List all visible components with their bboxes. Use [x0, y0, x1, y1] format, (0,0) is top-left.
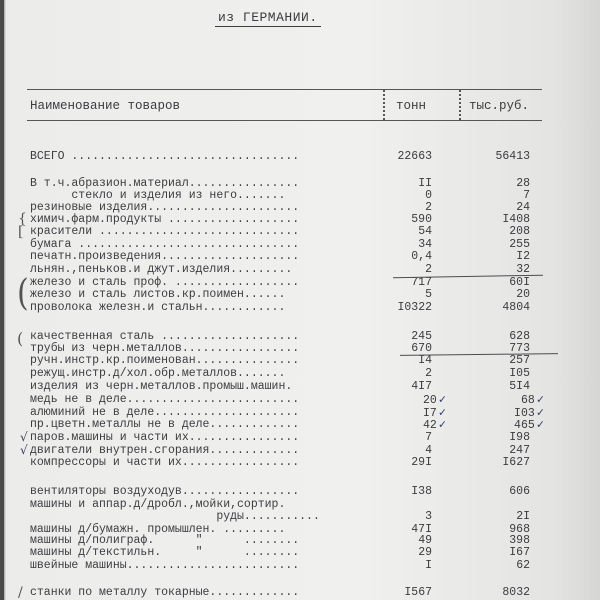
- pencil-bracket: /: [18, 585, 23, 600]
- table-row: руды........... 3 2I: [0, 511, 600, 523]
- goods-name: руды...........: [30, 511, 320, 523]
- column-header-tons: тонн: [396, 99, 426, 113]
- table-row: железо и сталь листов.кр.поимен...... 5 …: [0, 289, 600, 301]
- pencil-check-icon: ✓: [439, 418, 446, 432]
- rub-value: 8032: [502, 587, 530, 599]
- table-row: проволока железн.и стальн............ I0…: [0, 302, 600, 314]
- tons-value: 54: [418, 226, 432, 238]
- pencil-check-icon: √: [20, 430, 28, 444]
- pencil-bracket: (: [17, 329, 23, 348]
- tons-value: 5: [425, 289, 432, 301]
- goods-name: медь не в деле.........................: [30, 394, 299, 406]
- goods-name: режущ.инстр.д/хол.обр.металлов.......: [30, 368, 285, 380]
- goods-name: льнян.,пеньков.и джут.изделия.........: [30, 264, 292, 276]
- goods-name: пр.цветн.металлы не в деле.............: [30, 419, 299, 431]
- document-page: из ГЕРМАНИИ. Наименование товаров тонн т…: [0, 0, 600, 600]
- rub-value: 606: [509, 486, 530, 498]
- tons-value: 0,4: [411, 251, 432, 263]
- header-top-rule: [27, 89, 542, 90]
- table-row: машины д/текстильн. " ........ 29 I67: [0, 547, 600, 559]
- table-row: медь не в деле......................... …: [0, 394, 600, 406]
- table-row: печатн.произведения.................... …: [0, 251, 600, 263]
- column-separator: [459, 90, 461, 120]
- tons-value: 3: [425, 511, 432, 523]
- tons-value: I38: [411, 486, 432, 498]
- rub-value: I627: [502, 457, 530, 469]
- rub-value: 20: [516, 289, 530, 301]
- rub-value: 56413: [495, 151, 530, 163]
- table-row: ВСЕГО ................................. …: [0, 151, 600, 163]
- table-row: изделия из черн.металлов.промыш.машин. 4…: [0, 381, 600, 393]
- table-row: пр.цветн.металлы не в деле............. …: [0, 419, 600, 431]
- pencil-bracket: (: [17, 273, 29, 315]
- goods-name: изделия из черн.металлов.промыш.машин.: [30, 381, 292, 393]
- table-row: станки по металлу токарные............. …: [0, 587, 600, 599]
- table-row: компрессоры и части их................. …: [0, 457, 600, 469]
- tons-value: I0322: [397, 302, 432, 314]
- tons-value: 2: [425, 368, 432, 380]
- tons-value: I4: [418, 355, 432, 367]
- goods-name: железо и сталь листов.кр.поимен......: [30, 289, 285, 301]
- tons-value: 2: [425, 264, 432, 276]
- table-row: швейные машины......................... …: [0, 560, 600, 572]
- rub-value: I2: [516, 251, 530, 263]
- goods-name: печатн.произведения....................: [30, 251, 299, 263]
- goods-name: проволока железн.и стальн............: [30, 302, 285, 314]
- goods-name: вентиляторы воздуходув.................: [30, 486, 299, 498]
- tons-value: I567: [404, 587, 432, 599]
- table-row: режущ.инстр.д/хол.обр.металлов....... 2 …: [0, 368, 600, 380]
- table-row: красители ............................. …: [0, 226, 600, 238]
- table-row: паров.машины и части их................ …: [0, 432, 600, 444]
- tons-value: 7: [425, 432, 432, 444]
- goods-name: паров.машины и части их................: [30, 432, 299, 444]
- goods-name: швейные машины.........................: [30, 560, 299, 572]
- table-row: ручн.инстр.кр.поименован............... …: [0, 355, 600, 367]
- rub-value: 62: [516, 560, 530, 572]
- goods-name: ВСЕГО .................................: [30, 151, 299, 163]
- header-bottom-rule: [27, 120, 542, 121]
- goods-name: машины д/текстильн. " ........: [30, 547, 299, 559]
- rub-value: I67: [509, 547, 530, 559]
- tons-value: 22663: [397, 151, 432, 163]
- pencil-check-icon: ✓: [439, 393, 446, 407]
- tons-value: I: [425, 560, 432, 572]
- pencil-check-icon: ✓: [537, 393, 544, 407]
- goods-name: красители .............................: [30, 226, 299, 238]
- goods-name: ручн.инстр.кр.поименован...............: [30, 355, 299, 367]
- pencil-brace: [: [18, 224, 23, 240]
- pencil-check-icon: √: [20, 443, 28, 457]
- goods-name: станки по металлу токарные.............: [30, 587, 299, 599]
- document-title: из ГЕРМАНИИ.: [215, 10, 321, 27]
- rub-value: 4804: [502, 302, 530, 314]
- goods-name: компрессоры и части их.................: [30, 457, 299, 469]
- rub-value: I05: [509, 368, 530, 380]
- table-row: вентиляторы воздуходув................. …: [0, 486, 600, 498]
- tons-value: 29I: [411, 457, 432, 469]
- rub-value: 5I4: [509, 381, 530, 393]
- pencil-check-icon: ✓: [537, 418, 544, 432]
- rub-value: I98: [509, 432, 530, 444]
- column-header-rub: тыс.руб.: [469, 99, 529, 113]
- tons-value: 29: [418, 547, 432, 559]
- table-row: льнян.,пеньков.и джут.изделия......... 2…: [0, 264, 600, 276]
- rub-value: 208: [509, 226, 530, 238]
- column-separator: [383, 90, 385, 120]
- rub-value: 2I: [516, 511, 530, 523]
- column-header-name: Наименование товаров: [30, 99, 180, 113]
- tons-value: 4I7: [411, 381, 432, 393]
- rub-value: 257: [509, 355, 530, 367]
